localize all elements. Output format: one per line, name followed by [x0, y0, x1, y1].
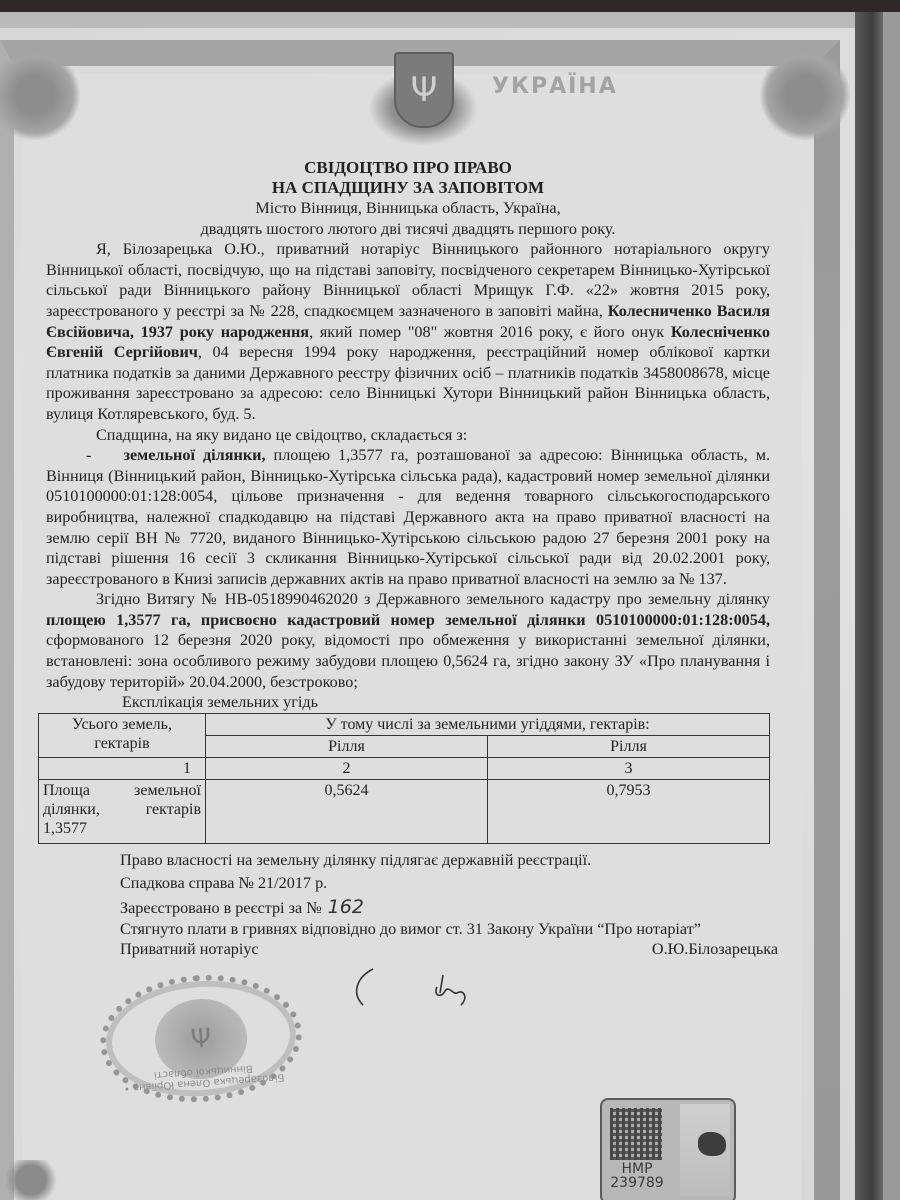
certificate-footer: Право власності на земельну ділянку підл… [120, 850, 770, 960]
registry-number: 162 [328, 896, 364, 918]
watermark-text: УКРАЇНА [492, 74, 618, 99]
land-plot-label: земельної ділянки, [123, 446, 265, 464]
column-number: 1 [39, 757, 206, 779]
header-group: У тому числі за земельними угіддями, гек… [206, 713, 770, 735]
hologram-code-number: 239789 [604, 1176, 670, 1190]
header-total: Усього земель, гектарів [39, 713, 206, 757]
table-caption: Експлікація земельних угідь [46, 692, 770, 713]
registry-label: Зареєстровано в реєстрі за № [120, 899, 322, 917]
border-ornament-bottom [0, 1160, 62, 1200]
paragraph-inheritance-intro: Спадщина, на яку видано це свідоцтво, ск… [46, 425, 770, 446]
date-line: двадцять шостого лютого дві тисячі двадц… [46, 219, 770, 240]
notary-row: Приватний нотаріус О.Ю.Білозарецька [120, 939, 778, 960]
hologram-figure-icon [698, 1132, 726, 1156]
place-line: Місто Вінниця, Вінницька область, Україн… [46, 198, 770, 219]
fees-line: Стягнуто плати в гривнях відповідно до в… [120, 919, 770, 940]
value-arable-1: 0,5624 [206, 779, 488, 843]
certificate-body: СВІДОЦТВО ПРО ПРАВО НА СПАДЩИНУ ЗА ЗАПОВ… [46, 158, 770, 960]
hologram-code: НМР 239789 [604, 1162, 670, 1190]
border-ornament-corner [0, 50, 80, 140]
state-emblem: Ψ [368, 46, 478, 146]
folder-binder-edge [855, 12, 883, 1200]
land-explication-table: Усього земель, гектарів У тому числі за … [38, 713, 770, 844]
signature-icon [345, 965, 505, 1015]
value-arable-2: 0,7953 [487, 779, 769, 843]
case-number: Спадкова справа № 21/2017 р. [120, 873, 770, 894]
paragraph-notary-statement: Я, Білозарецька О.Ю., приватний нотаріус… [46, 239, 770, 424]
cadastral-number: присвоєно кадастровий номер земельної ді… [201, 611, 770, 629]
sub-header-arable-1: Рілля [206, 735, 488, 757]
notary-label: Приватний нотаріус [120, 939, 259, 960]
registry-line: Зареєстровано в реєстрі за №162 [120, 897, 770, 919]
column-number: 2 [206, 757, 488, 779]
sub-header-arable-2: Рілля [487, 735, 769, 757]
adjacent-page-edge [883, 12, 900, 1200]
paragraph-land-plot: - земельної ділянки, площею 1,3577 га, р… [46, 445, 770, 589]
document-title: СВІДОЦТВО ПРО ПРАВО НА СПАДЩИНУ ЗА ЗАПОВ… [46, 158, 770, 198]
notary-name: О.Ю.Білозарецька [652, 939, 778, 960]
plot-area: площею 1,3577 га, [46, 611, 191, 629]
row-label: Площа земельної ділянки, гектарів 1,3577 [39, 779, 206, 843]
registration-note: Право власності на земельну ділянку підл… [120, 850, 770, 871]
column-number: 3 [487, 757, 769, 779]
qr-code-icon [610, 1108, 662, 1160]
trident-icon: Ψ [394, 52, 454, 128]
title-line-1: СВІДОЦТВО ПРО ПРАВО [46, 158, 770, 178]
border-ornament-corner [760, 50, 850, 140]
hologram-code-label: НМР [604, 1162, 670, 1176]
hologram-sticker: НМР 239789 [600, 1098, 736, 1200]
title-line-2: НА СПАДЩИНУ ЗА ЗАПОВІТОМ [46, 178, 770, 198]
paragraph-cadastre-extract: Згідно Витягу № НВ-0518990462020 з Держа… [46, 589, 770, 692]
